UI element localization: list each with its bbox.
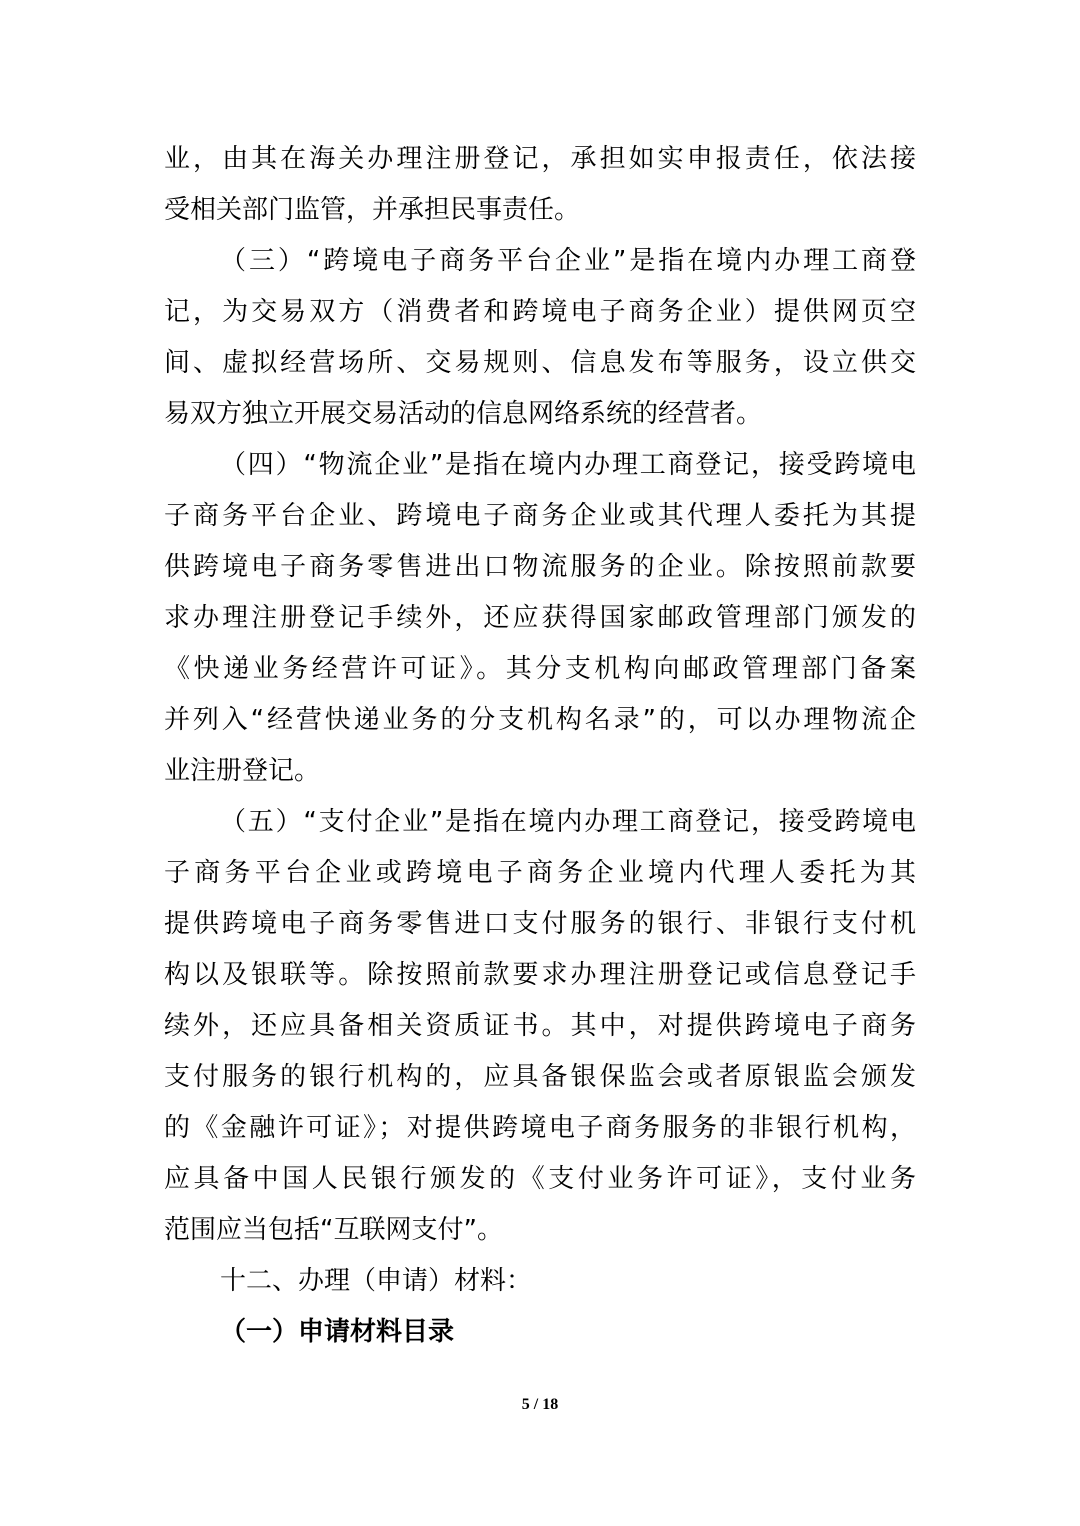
- text-line: 供跨境电子商务零售进出口物流服务的企业。除按照前款要: [164, 542, 916, 593]
- text-line: 并列入“经营快递业务的分支机构名录”的，可以办理物流企: [164, 695, 916, 746]
- text-line: 子商务平台企业或跨境电子商务企业境内代理人委托为其: [164, 848, 916, 899]
- text-line: 支付服务的银行机构的，应具备银保监会或者原银监会颁发: [164, 1052, 916, 1103]
- text-line: 间、虚拟经营场所、交易规则、信息发布等服务，设立供交: [164, 338, 916, 389]
- text-line: 《快递业务经营许可证》。其分支机构向邮政管理部门备案: [164, 644, 916, 695]
- document-page: 业，由其在海关办理注册登记，承担如实申报责任，依法接 受相关部门监管，并承担民事…: [164, 134, 916, 1358]
- text-line: （三）“跨境电子商务平台企业”是指在境内办理工商登: [164, 236, 916, 287]
- text-line: 业注册登记。: [164, 746, 916, 797]
- text-line: （四）“物流企业”是指在境内办理工商登记，接受跨境电: [164, 440, 916, 491]
- page-number: 5 / 18: [0, 1396, 1080, 1414]
- text-line: 构以及银联等。除按照前款要求办理注册登记或信息登记手: [164, 950, 916, 1001]
- text-line: （五）“支付企业”是指在境内办理工商登记，接受跨境电: [164, 797, 916, 848]
- paragraph-continuation: 业，由其在海关办理注册登记，承担如实申报责任，依法接 受相关部门监管，并承担民事…: [164, 134, 916, 236]
- text-line: 子商务平台企业、跨境电子商务企业或其代理人委托为其提: [164, 491, 916, 542]
- text-line: 记，为交易双方（消费者和跨境电子商务企业）提供网页空: [164, 287, 916, 338]
- text-line: 受相关部门监管，并承担民事责任。: [164, 185, 916, 236]
- text-line: 易双方独立开展交易活动的信息网络系统的经营者。: [164, 389, 916, 440]
- text-line: 业，由其在海关办理注册登记，承担如实申报责任，依法接: [164, 134, 916, 185]
- text-line: 应具备中国人民银行颁发的《支付业务许可证》，支付业务: [164, 1154, 916, 1205]
- text-line: 续外，还应具备相关资质证书。其中，对提供跨境电子商务: [164, 1001, 916, 1052]
- section-heading: 十二、办理（申请）材料：: [164, 1256, 916, 1307]
- subsection-heading: （一）申请材料目录: [164, 1307, 916, 1358]
- paragraph-logistics-enterprise: （四）“物流企业”是指在境内办理工商登记，接受跨境电 子商务平台企业、跨境电子商…: [164, 440, 916, 797]
- text-line: 范围应当包括“互联网支付”。: [164, 1205, 916, 1256]
- paragraph-platform-enterprise: （三）“跨境电子商务平台企业”是指在境内办理工商登 记，为交易双方（消费者和跨境…: [164, 236, 916, 440]
- text-line: 的《金融许可证》；对提供跨境电子商务服务的非银行机构，: [164, 1103, 916, 1154]
- text-line: 提供跨境电子商务零售进口支付服务的银行、非银行支付机: [164, 899, 916, 950]
- paragraph-payment-enterprise: （五）“支付企业”是指在境内办理工商登记，接受跨境电 子商务平台企业或跨境电子商…: [164, 797, 916, 1256]
- text-line: 求办理注册登记手续外，还应获得国家邮政管理部门颁发的: [164, 593, 916, 644]
